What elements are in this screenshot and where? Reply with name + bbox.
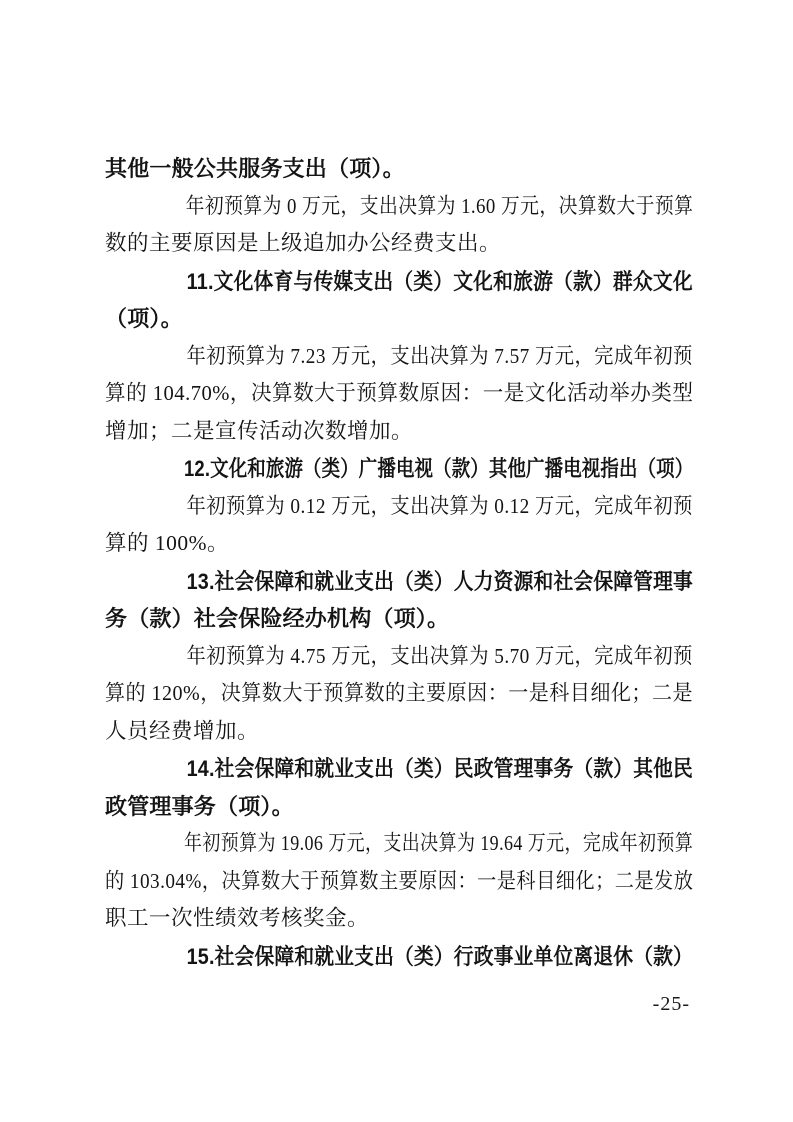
line-text: 的 103.04%，决算数大于预算数主要原因：一是科目细化；二是发放 [105, 863, 693, 901]
line-text: （项）。 [105, 300, 183, 338]
line-text: 12.文化和旅游（类）广播电视（款）其他广播电视指出（项） [148, 450, 693, 488]
line-text: 算的 104.70%，决算数大于预算数原因：一是文化活动举办类型 [105, 375, 693, 413]
line-text: 算的 100%。 [105, 525, 229, 563]
heading-line: 15.社会保障和就业支出（类）行政事业单位离退休（款） [105, 938, 693, 976]
body-text-line: 职工一次性绩效考核奖金。 [105, 900, 693, 938]
line-text: 年初预算为 4.75 万元，支出决算为 5.70 万元，完成年初预 [148, 638, 693, 676]
body-text-line: 算的 100%。 [105, 525, 693, 563]
line-text: 职工一次性绩效考核奖金。 [105, 900, 369, 938]
line-text: 14.社会保障和就业支出（类）民政管理事务（款）其他民 [148, 750, 693, 788]
line-text: 11.文化体育与传媒支出（类）文化和旅游（款）群众文化 [148, 263, 693, 301]
body-text-line: 年初预算为 4.75 万元，支出决算为 5.70 万元，完成年初预 [105, 638, 693, 676]
body-text-line: 年初预算为 19.06 万元，支出决算为 19.64 万元，完成年初预算 [105, 825, 693, 863]
body-text-line: 的 103.04%，决算数大于预算数主要原因：一是科目细化；二是发放 [105, 863, 693, 901]
line-text: 13.社会保障和就业支出（类）人力资源和社会保障管理事 [148, 563, 693, 601]
body-text-line: 人员经费增加。 [105, 713, 693, 751]
heading-line: 务（款）社会保险经办机构（项）。 [105, 600, 693, 638]
body-text-line: 增加；二是宣传活动次数增加。 [105, 413, 693, 451]
line-text: 算的 120%，决算数大于预算数的主要原因：一是科目细化；二是 [105, 675, 693, 713]
document-body: 其他一般公共服务支出（项）。年初预算为 0 万元，支出决算为 1.60 万元，决… [105, 150, 693, 975]
heading-line: 11.文化体育与传媒支出（类）文化和旅游（款）群众文化 [105, 263, 693, 301]
heading-line: 其他一般公共服务支出（项）。 [105, 150, 693, 188]
line-text: 政管理事务（项）。 [105, 788, 294, 826]
line-text: 年初预算为 0 万元，支出决算为 1.60 万元，决算数大于预算 [148, 188, 693, 226]
line-text: 人员经费增加。 [105, 713, 259, 751]
heading-line: 政管理事务（项）。 [105, 788, 693, 826]
document-page: 其他一般公共服务支出（项）。年初预算为 0 万元，支出决算为 1.60 万元，决… [0, 0, 793, 1122]
line-text: 务（款）社会保险经办机构（项）。 [105, 600, 449, 638]
heading-line: 14.社会保障和就业支出（类）民政管理事务（款）其他民 [105, 750, 693, 788]
body-text-line: 算的 120%，决算数大于预算数的主要原因：一是科目细化；二是 [105, 675, 693, 713]
body-text-line: 算的 104.70%，决算数大于预算数原因：一是文化活动举办类型 [105, 375, 693, 413]
body-text-line: 年初预算为 0 万元，支出决算为 1.60 万元，决算数大于预算 [105, 188, 693, 226]
body-text-line: 年初预算为 0.12 万元，支出决算为 0.12 万元，完成年初预 [105, 488, 693, 526]
body-text-line: 年初预算为 7.23 万元，支出决算为 7.57 万元，完成年初预 [105, 338, 693, 376]
line-text: 增加；二是宣传活动次数增加。 [105, 413, 413, 451]
line-text: 15.社会保障和就业支出（类）行政事业单位离退休（款） [148, 938, 693, 976]
line-text: 年初预算为 0.12 万元，支出决算为 0.12 万元，完成年初预 [148, 488, 693, 526]
page-number: -25- [653, 992, 690, 1016]
line-text: 数的主要原因是上级追加办公经费支出。 [105, 225, 501, 263]
line-text: 年初预算为 19.06 万元，支出决算为 19.64 万元，完成年初预算 [148, 825, 693, 863]
line-text: 其他一般公共服务支出（项）。 [105, 150, 405, 188]
heading-line: 12.文化和旅游（类）广播电视（款）其他广播电视指出（项） [105, 450, 693, 488]
heading-line: 13.社会保障和就业支出（类）人力资源和社会保障管理事 [105, 563, 693, 601]
heading-line: （项）。 [105, 300, 693, 338]
body-text-line: 数的主要原因是上级追加办公经费支出。 [105, 225, 693, 263]
line-text: 年初预算为 7.23 万元，支出决算为 7.57 万元，完成年初预 [148, 338, 693, 376]
